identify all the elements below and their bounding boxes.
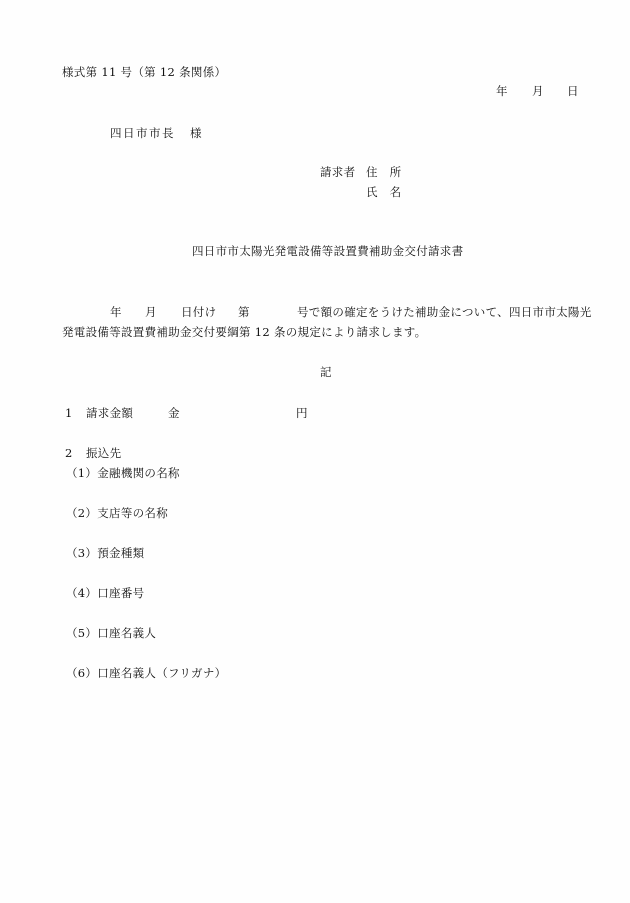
item-amount-kin: 金 bbox=[168, 408, 180, 420]
transfer-field-deposit-type: （3）預金種類 bbox=[66, 548, 144, 560]
item-amount-number: 1 bbox=[65, 408, 73, 420]
item-amount-yen: 円 bbox=[296, 408, 308, 420]
claimant-address-label: 住 所 bbox=[366, 167, 401, 179]
body-line1-rest: 号で額の確定をうけた補助金について、四日市市太陽光 bbox=[297, 307, 592, 319]
body-line2: 発電設備等設置費補助金交付要綱第 12 条の規定により請求します。 bbox=[62, 327, 426, 339]
transfer-field-account-holder-kana: （6）口座名義人（フリガナ） bbox=[66, 668, 226, 680]
item-amount-label: 請求金額 bbox=[86, 408, 133, 420]
date-year-label: 年 bbox=[496, 86, 508, 98]
ki-marker: 記 bbox=[320, 367, 332, 379]
transfer-field-bank-name: （1）金融機関の名称 bbox=[66, 468, 180, 480]
body-day-suffix: 日付け bbox=[181, 307, 216, 319]
date-month-label: 月 bbox=[532, 86, 544, 98]
document-title: 四日市市太陽光発電設備等設置費補助金交付請求書 bbox=[192, 246, 463, 258]
body-month: 月 bbox=[145, 307, 157, 319]
transfer-field-branch-name: （2）支店等の名称 bbox=[66, 508, 168, 520]
transfer-field-account-holder: （5）口座名義人 bbox=[66, 628, 156, 640]
claimant-name-label: 氏 名 bbox=[366, 187, 401, 199]
body-dai: 第 bbox=[238, 307, 250, 319]
addressee-honorific: 様 bbox=[190, 128, 202, 140]
item-transfer-label: 振込先 bbox=[86, 448, 121, 460]
form-number: 様式第 11 号（第 12 条関係） bbox=[62, 67, 226, 79]
claimant-label: 請求者 bbox=[320, 167, 355, 179]
item-transfer-number: 2 bbox=[65, 448, 73, 460]
body-year: 年 bbox=[110, 307, 122, 319]
date-day-label: 日 bbox=[567, 86, 579, 98]
addressee-name: 四日市市長 bbox=[110, 128, 175, 140]
transfer-field-account-number: （4）口座番号 bbox=[66, 588, 144, 600]
